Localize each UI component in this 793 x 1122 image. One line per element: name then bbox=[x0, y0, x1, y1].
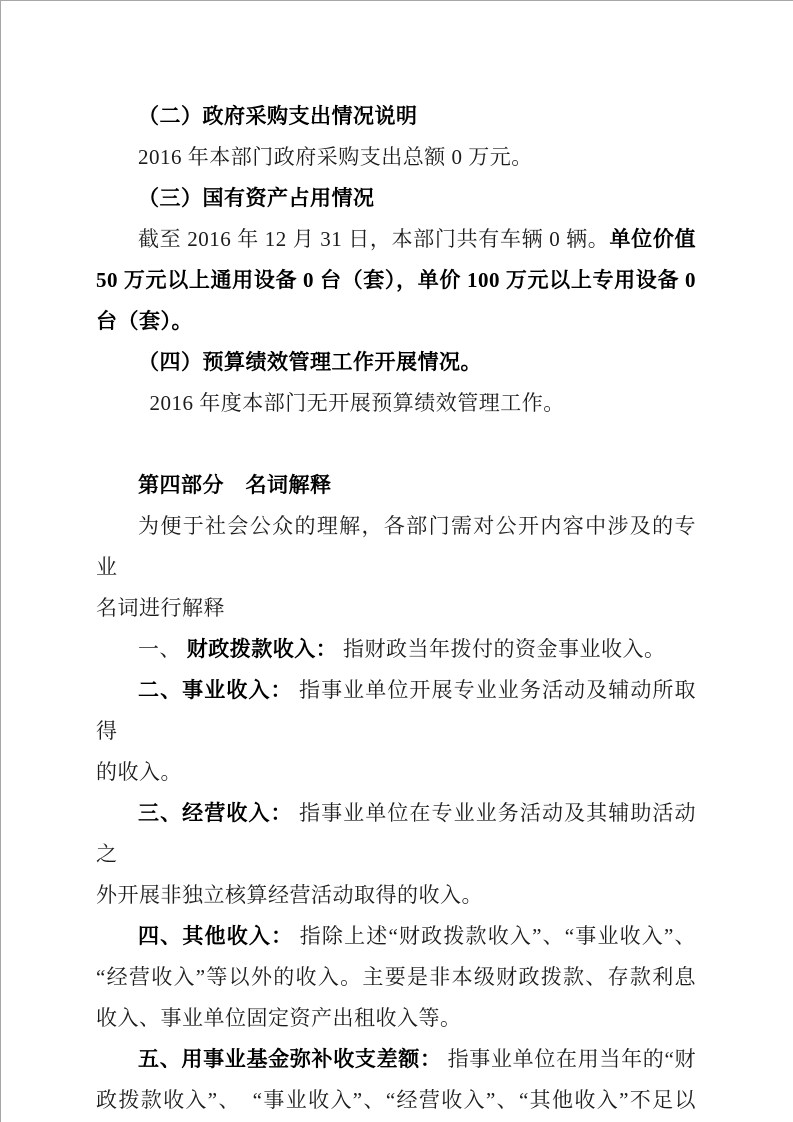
text-run: 财政拨款收入： bbox=[187, 637, 338, 661]
heading-section-4: （四）预算绩效管理工作开展情况。 bbox=[96, 342, 696, 383]
term-1-fiscal-income: 一、 财政拨款收入： 指财政当年拨付的资金事业收入。 bbox=[96, 629, 696, 670]
text-run: 台（套）。 bbox=[96, 309, 193, 333]
heading-section-2: （二）政府采购支出情况说明 bbox=[96, 96, 696, 137]
text-run: 指事业单位在用当年的“财 bbox=[442, 1047, 696, 1071]
para-assets-line-2: 50 万元以上通用设备 0 台（套），单价 100 万元以上专用设备 0 bbox=[96, 260, 696, 301]
text-run: 50 万元以上通用设备 0 台（套），单价 100 万元以上专用设备 0 bbox=[96, 268, 696, 292]
text-run: 四、其他收入： bbox=[138, 924, 293, 948]
term-3-line-1: 三、经营收入： 指事业单位在专业业务活动及其辅助活动之 bbox=[96, 793, 696, 875]
text-run: 收入、事业单位固定资产出租收入等。 bbox=[96, 1006, 462, 1030]
document-page: （二）政府采购支出情况说明2016 年本部门政府采购支出总额 0 万元。（三）国… bbox=[0, 0, 793, 1122]
para-intro-line-2: 名词进行解释 bbox=[96, 588, 696, 629]
term-2-line-1: 二、事业收入： 指事业单位开展专业业务活动及辅动所取得 bbox=[96, 670, 696, 752]
text-run: 名词进行解释 bbox=[96, 596, 225, 620]
text-run: 的收入。 bbox=[96, 760, 182, 784]
text-run: （二）政府采购支出情况说明 bbox=[138, 104, 418, 128]
term-3-line-2: 外开展非独立核算经营活动取得的收入。 bbox=[96, 875, 696, 916]
text-run: 二、事业收入： bbox=[138, 678, 293, 702]
text-run: 指除上述“财政拨款收入”、“事业收入”、 bbox=[293, 924, 696, 948]
blank-line bbox=[96, 424, 696, 465]
para-performance: 2016 年度本部门无开展预算绩效管理工作。 bbox=[96, 383, 696, 424]
text-run: 第四部分 名词解释 bbox=[138, 473, 332, 497]
heading-part-4: 第四部分 名词解释 bbox=[96, 465, 696, 506]
text-run: 2016 年度本部门无开展预算绩效管理工作。 bbox=[150, 391, 565, 415]
text-run: 截至 2016 年 12 月 31 日，本部门共有车辆 0 辆。 bbox=[138, 227, 609, 251]
para-assets-line-1: 截至 2016 年 12 月 31 日，本部门共有车辆 0 辆。单位价值 bbox=[96, 219, 696, 260]
term-2-line-2: 的收入。 bbox=[96, 752, 696, 793]
term-4-line-1: 四、其他收入： 指除上述“财政拨款收入”、“事业收入”、 bbox=[96, 916, 696, 957]
term-4-line-3: 收入、事业单位固定资产出租收入等。 bbox=[96, 998, 696, 1039]
text-run: （三）国有资产占用情况 bbox=[138, 186, 375, 210]
term-5-line-2: 政拨款收入”、 “事业收入”、“经营收入”、“其他收入”不足以 bbox=[96, 1080, 696, 1121]
text-run: 为便于社会公众的理解，各部门需对公开内容中涉及的专业 bbox=[96, 514, 696, 579]
para-intro-line-1: 为便于社会公众的理解，各部门需对公开内容中涉及的专业 bbox=[96, 506, 696, 588]
text-run: 指财政当年拨付的资金事业收入。 bbox=[337, 637, 665, 661]
text-run: 政拨款收入”、 “事业收入”、“经营收入”、“其他收入”不足以 bbox=[96, 1088, 696, 1112]
document-content: （二）政府采购支出情况说明2016 年本部门政府采购支出总额 0 万元。（三）国… bbox=[96, 96, 696, 1121]
heading-section-3: （三）国有资产占用情况 bbox=[96, 178, 696, 219]
para-assets-line-3: 台（套）。 bbox=[96, 301, 696, 342]
term-5-line-1: 五、用事业基金弥补收支差额： 指事业单位在用当年的“财 bbox=[96, 1039, 696, 1080]
text-run: 2016 年本部门政府采购支出总额 0 万元。 bbox=[138, 145, 533, 169]
text-run: “经营收入”等以外的收入。主要是非本级财政拨款、存款利息 bbox=[96, 965, 696, 989]
text-run: 一、 bbox=[138, 637, 187, 661]
text-run: （四）预算绩效管理工作开展情况。 bbox=[138, 350, 482, 374]
text-run: 三、经营收入： bbox=[138, 801, 293, 825]
term-4-line-2: “经营收入”等以外的收入。主要是非本级财政拨款、存款利息 bbox=[96, 957, 696, 998]
text-run: 外开展非独立核算经营活动取得的收入。 bbox=[96, 883, 483, 907]
text-run: 单位价值 bbox=[609, 227, 696, 251]
para-procurement-total: 2016 年本部门政府采购支出总额 0 万元。 bbox=[96, 137, 696, 178]
text-run: 五、用事业基金弥补收支差额： bbox=[138, 1047, 442, 1071]
